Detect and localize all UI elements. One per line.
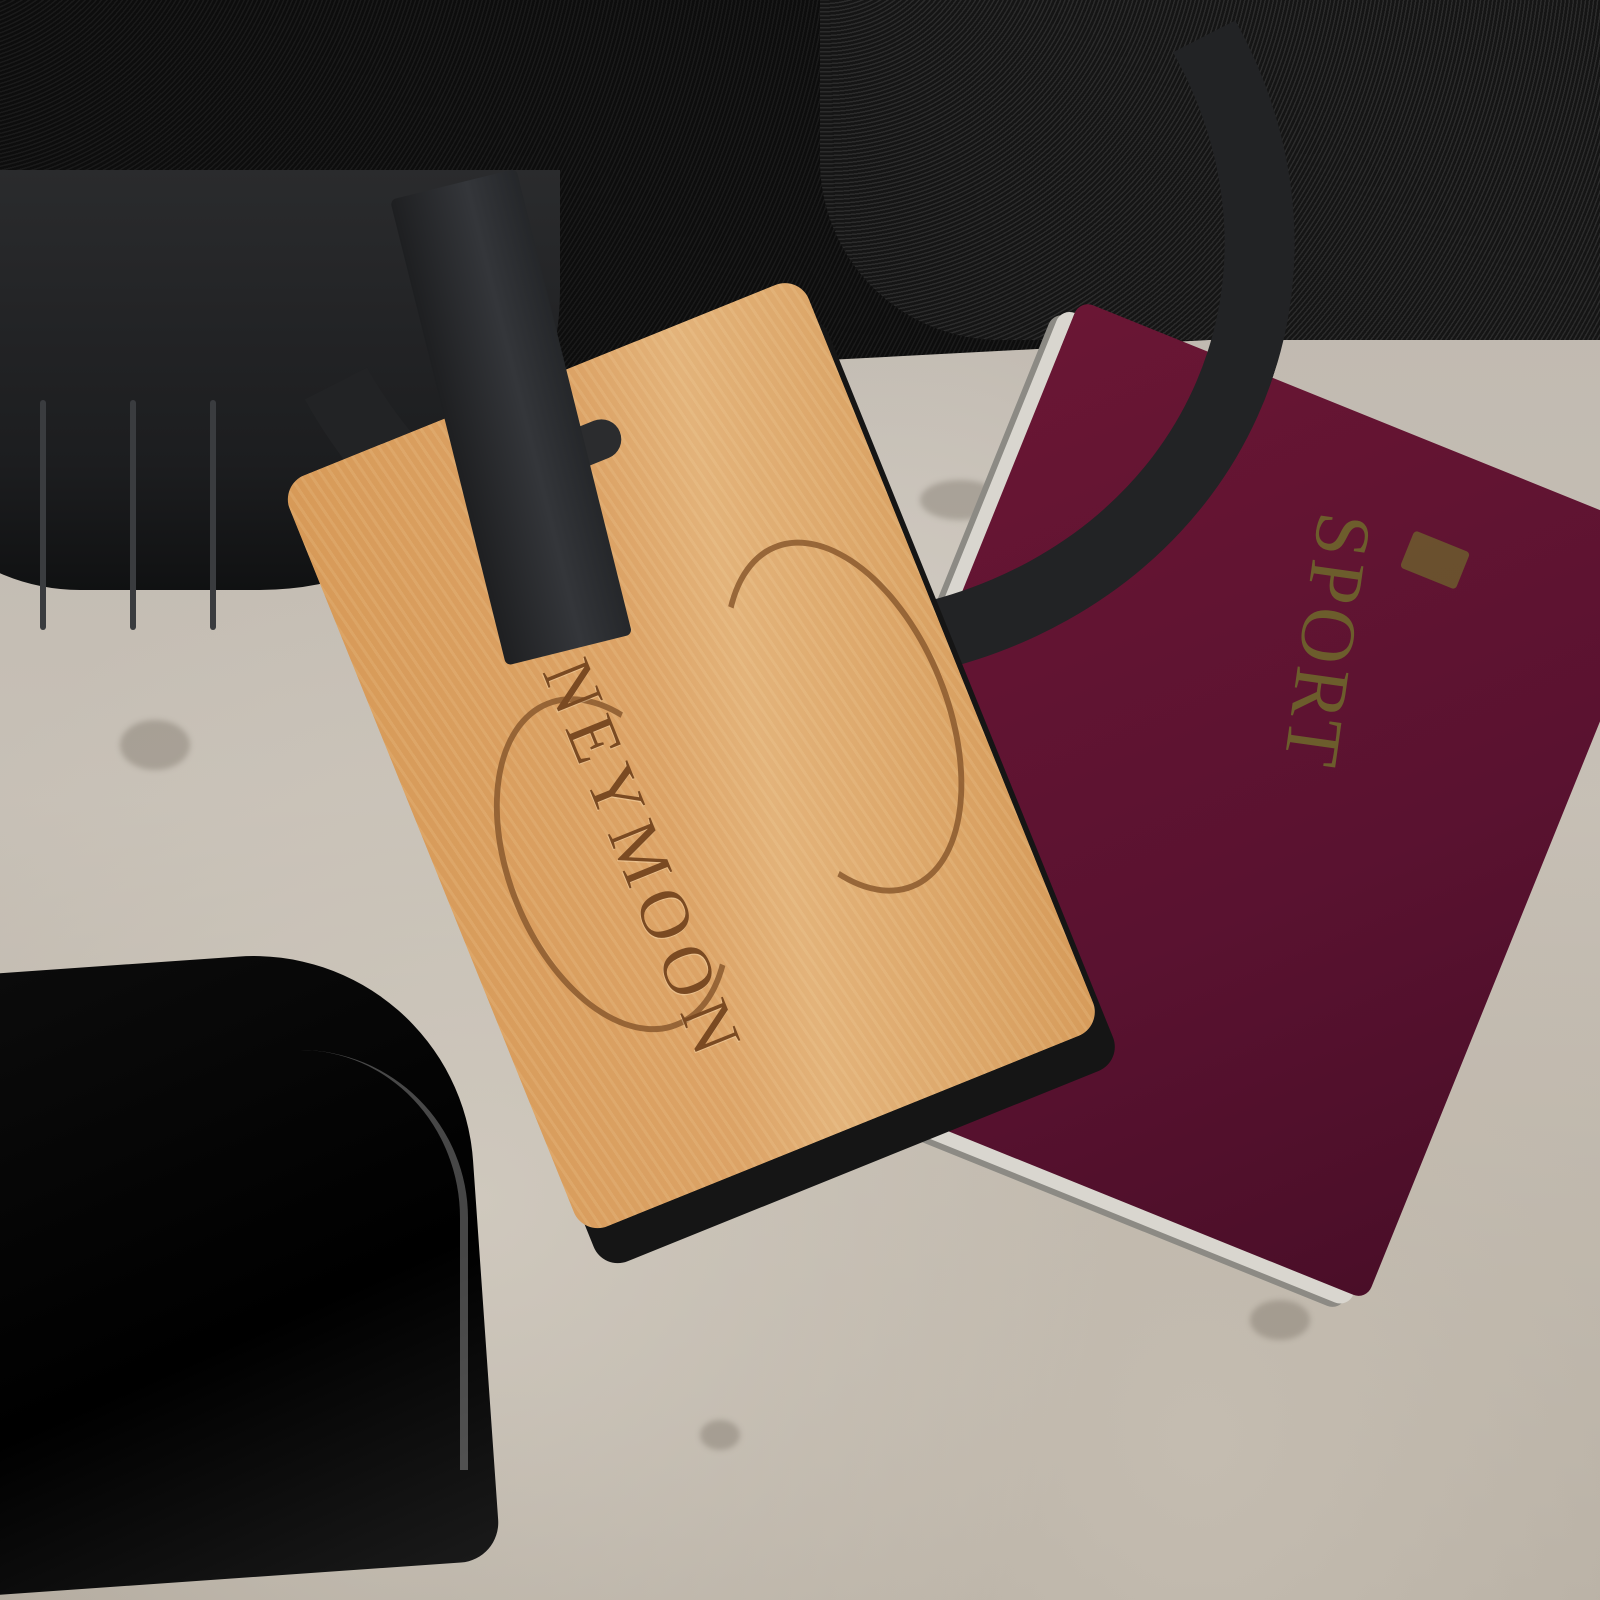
housing-ridge [130, 400, 136, 630]
stone-speck [700, 1420, 740, 1450]
housing-ridge [210, 400, 216, 630]
housing-ridge [40, 400, 46, 630]
stone-speck [120, 720, 190, 770]
photo-scene: SPORT HONEYMOON [0, 0, 1600, 1600]
stone-speck [1250, 1300, 1310, 1340]
